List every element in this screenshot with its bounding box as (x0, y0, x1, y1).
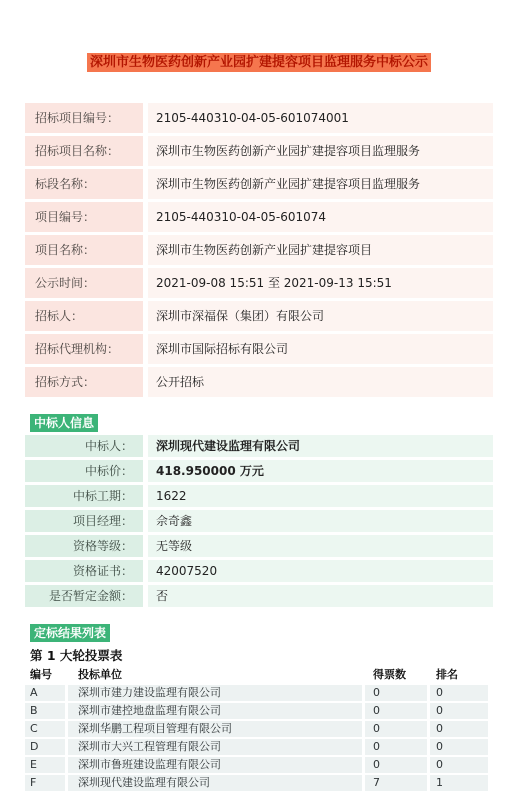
winner-info-table: 中标人： 深圳现代建设监理有限公司 中标价： 418.950000 万元 中标工… (25, 435, 493, 607)
info-label: 招标方式： (25, 367, 143, 397)
info-row: 招标代理机构： 深圳市国际招标有限公司 (25, 334, 493, 364)
result-cell-bidder: 深圳市建力建设监理有限公司 (68, 685, 362, 701)
result-row: C 深圳华鹏工程项目管理有限公司 0 0 (25, 721, 493, 737)
winner-label: 资格证书： (25, 560, 143, 582)
info-row: 招标方式： 公开招标 (25, 367, 493, 397)
winner-value: 42007520 (148, 560, 493, 582)
winner-label: 是否暂定金额： (25, 585, 143, 607)
winner-label: 中标人： (25, 435, 143, 457)
winner-row: 中标工期： 1622 (25, 485, 493, 507)
result-cell-rank: 0 (430, 703, 488, 719)
info-row: 公示时间： 2021-09-08 15:51 至 2021-09-13 15:5… (25, 268, 493, 298)
winner-value: 418.950000 万元 (148, 460, 493, 482)
winner-section: 中标人信息 中标人： 深圳现代建设监理有限公司 中标价： 418.950000 … (0, 412, 518, 607)
info-label: 标段名称： (25, 169, 143, 199)
winner-row: 是否暂定金额： 否 (25, 585, 493, 607)
winner-label: 资格等级： (25, 535, 143, 557)
column-header-rank: 排名 (430, 667, 488, 683)
result-cell-id: A (25, 685, 65, 701)
result-section: 定标结果列表 第 1 大轮投票表 编号 投标单位 得票数 排名 A 深圳市建力建… (0, 622, 518, 791)
project-info-table: 招标项目编号： 2105-440310-04-05-601074001 招标项目… (25, 103, 493, 397)
result-cell-votes: 7 (365, 775, 427, 791)
result-cell-id: F (25, 775, 65, 791)
winner-value: 佘奇鑫 (148, 510, 493, 532)
info-row: 招标项目名称： 深圳市生物医药创新产业园扩建提容项目监理服务 (25, 136, 493, 166)
info-label: 招标项目编号： (25, 103, 143, 133)
result-cell-bidder: 深圳市鲁班建设监理有限公司 (68, 757, 362, 773)
result-cell-bidder: 深圳市大兴工程管理有限公司 (68, 739, 362, 755)
result-row: E 深圳市鲁班建设监理有限公司 0 0 (25, 757, 493, 773)
winner-value: 无等级 (148, 535, 493, 557)
result-cell-bidder: 深圳现代建设监理有限公司 (68, 775, 362, 791)
result-row: D 深圳市大兴工程管理有限公司 0 0 (25, 739, 493, 755)
info-row: 项目编号： 2105-440310-04-05-601074 (25, 202, 493, 232)
result-cell-id: C (25, 721, 65, 737)
result-subtitle: 第 1 大轮投票表 (30, 646, 518, 664)
info-label: 招标项目名称： (25, 136, 143, 166)
page-title: 深圳市生物医药创新产业园扩建提容项目监理服务中标公示 (87, 53, 431, 72)
result-header-row: 编号 投标单位 得票数 排名 (25, 667, 493, 683)
result-section-header: 定标结果列表 (30, 624, 110, 642)
info-row: 标段名称： 深圳市生物医药创新产业园扩建提容项目监理服务 (25, 169, 493, 199)
info-value: 深圳市生物医药创新产业园扩建提容项目 (148, 235, 493, 265)
info-value: 2105-440310-04-05-601074001 (148, 103, 493, 133)
info-value: 深圳市生物医药创新产业园扩建提容项目监理服务 (148, 169, 493, 199)
result-cell-rank: 1 (430, 775, 488, 791)
title-row: 深圳市生物医药创新产业园扩建提容项目监理服务中标公示 (0, 0, 518, 72)
info-value: 2105-440310-04-05-601074 (148, 202, 493, 232)
winner-value: 深圳现代建设监理有限公司 (148, 435, 493, 457)
column-header-id: 编号 (25, 667, 65, 683)
info-label: 招标代理机构： (25, 334, 143, 364)
result-cell-rank: 0 (430, 685, 488, 701)
column-header-votes: 得票数 (365, 667, 427, 683)
info-row: 招标项目编号： 2105-440310-04-05-601074001 (25, 103, 493, 133)
result-cell-rank: 0 (430, 721, 488, 737)
winner-label: 项目经理： (25, 510, 143, 532)
winner-section-header: 中标人信息 (30, 414, 98, 432)
result-cell-id: D (25, 739, 65, 755)
info-row: 招标人： 深圳市深福保（集团）有限公司 (25, 301, 493, 331)
winner-row: 资格证书： 42007520 (25, 560, 493, 582)
result-row: F 深圳现代建设监理有限公司 7 1 (25, 775, 493, 791)
winner-row: 中标价： 418.950000 万元 (25, 460, 493, 482)
result-cell-id: E (25, 757, 65, 773)
winner-label: 中标工期： (25, 485, 143, 507)
info-value: 公开招标 (148, 367, 493, 397)
info-value: 深圳市国际招标有限公司 (148, 334, 493, 364)
info-value: 2021-09-08 15:51 至 2021-09-13 15:51 (148, 268, 493, 298)
result-cell-votes: 0 (365, 721, 427, 737)
winner-value: 否 (148, 585, 493, 607)
result-cell-votes: 0 (365, 703, 427, 719)
result-cell-votes: 0 (365, 739, 427, 755)
result-cell-votes: 0 (365, 685, 427, 701)
winner-value: 1622 (148, 485, 493, 507)
winner-row: 中标人： 深圳现代建设监理有限公司 (25, 435, 493, 457)
result-cell-votes: 0 (365, 757, 427, 773)
result-cell-bidder: 深圳华鹏工程项目管理有限公司 (68, 721, 362, 737)
winner-row: 资格等级： 无等级 (25, 535, 493, 557)
result-row: B 深圳市建控地盘监理有限公司 0 0 (25, 703, 493, 719)
info-row: 项目名称： 深圳市生物医药创新产业园扩建提容项目 (25, 235, 493, 265)
info-value: 深圳市深福保（集团）有限公司 (148, 301, 493, 331)
result-cell-id: B (25, 703, 65, 719)
info-label: 招标人： (25, 301, 143, 331)
result-cell-rank: 0 (430, 757, 488, 773)
info-label: 项目编号： (25, 202, 143, 232)
info-label: 公示时间： (25, 268, 143, 298)
info-label: 项目名称： (25, 235, 143, 265)
winner-row: 项目经理： 佘奇鑫 (25, 510, 493, 532)
info-value: 深圳市生物医药创新产业园扩建提容项目监理服务 (148, 136, 493, 166)
result-cell-rank: 0 (430, 739, 488, 755)
winner-label: 中标价： (25, 460, 143, 482)
result-cell-bidder: 深圳市建控地盘监理有限公司 (68, 703, 362, 719)
result-row: A 深圳市建力建设监理有限公司 0 0 (25, 685, 493, 701)
result-table: 编号 投标单位 得票数 排名 A 深圳市建力建设监理有限公司 0 0 B 深圳市… (25, 667, 493, 791)
column-header-bidder: 投标单位 (68, 667, 362, 683)
